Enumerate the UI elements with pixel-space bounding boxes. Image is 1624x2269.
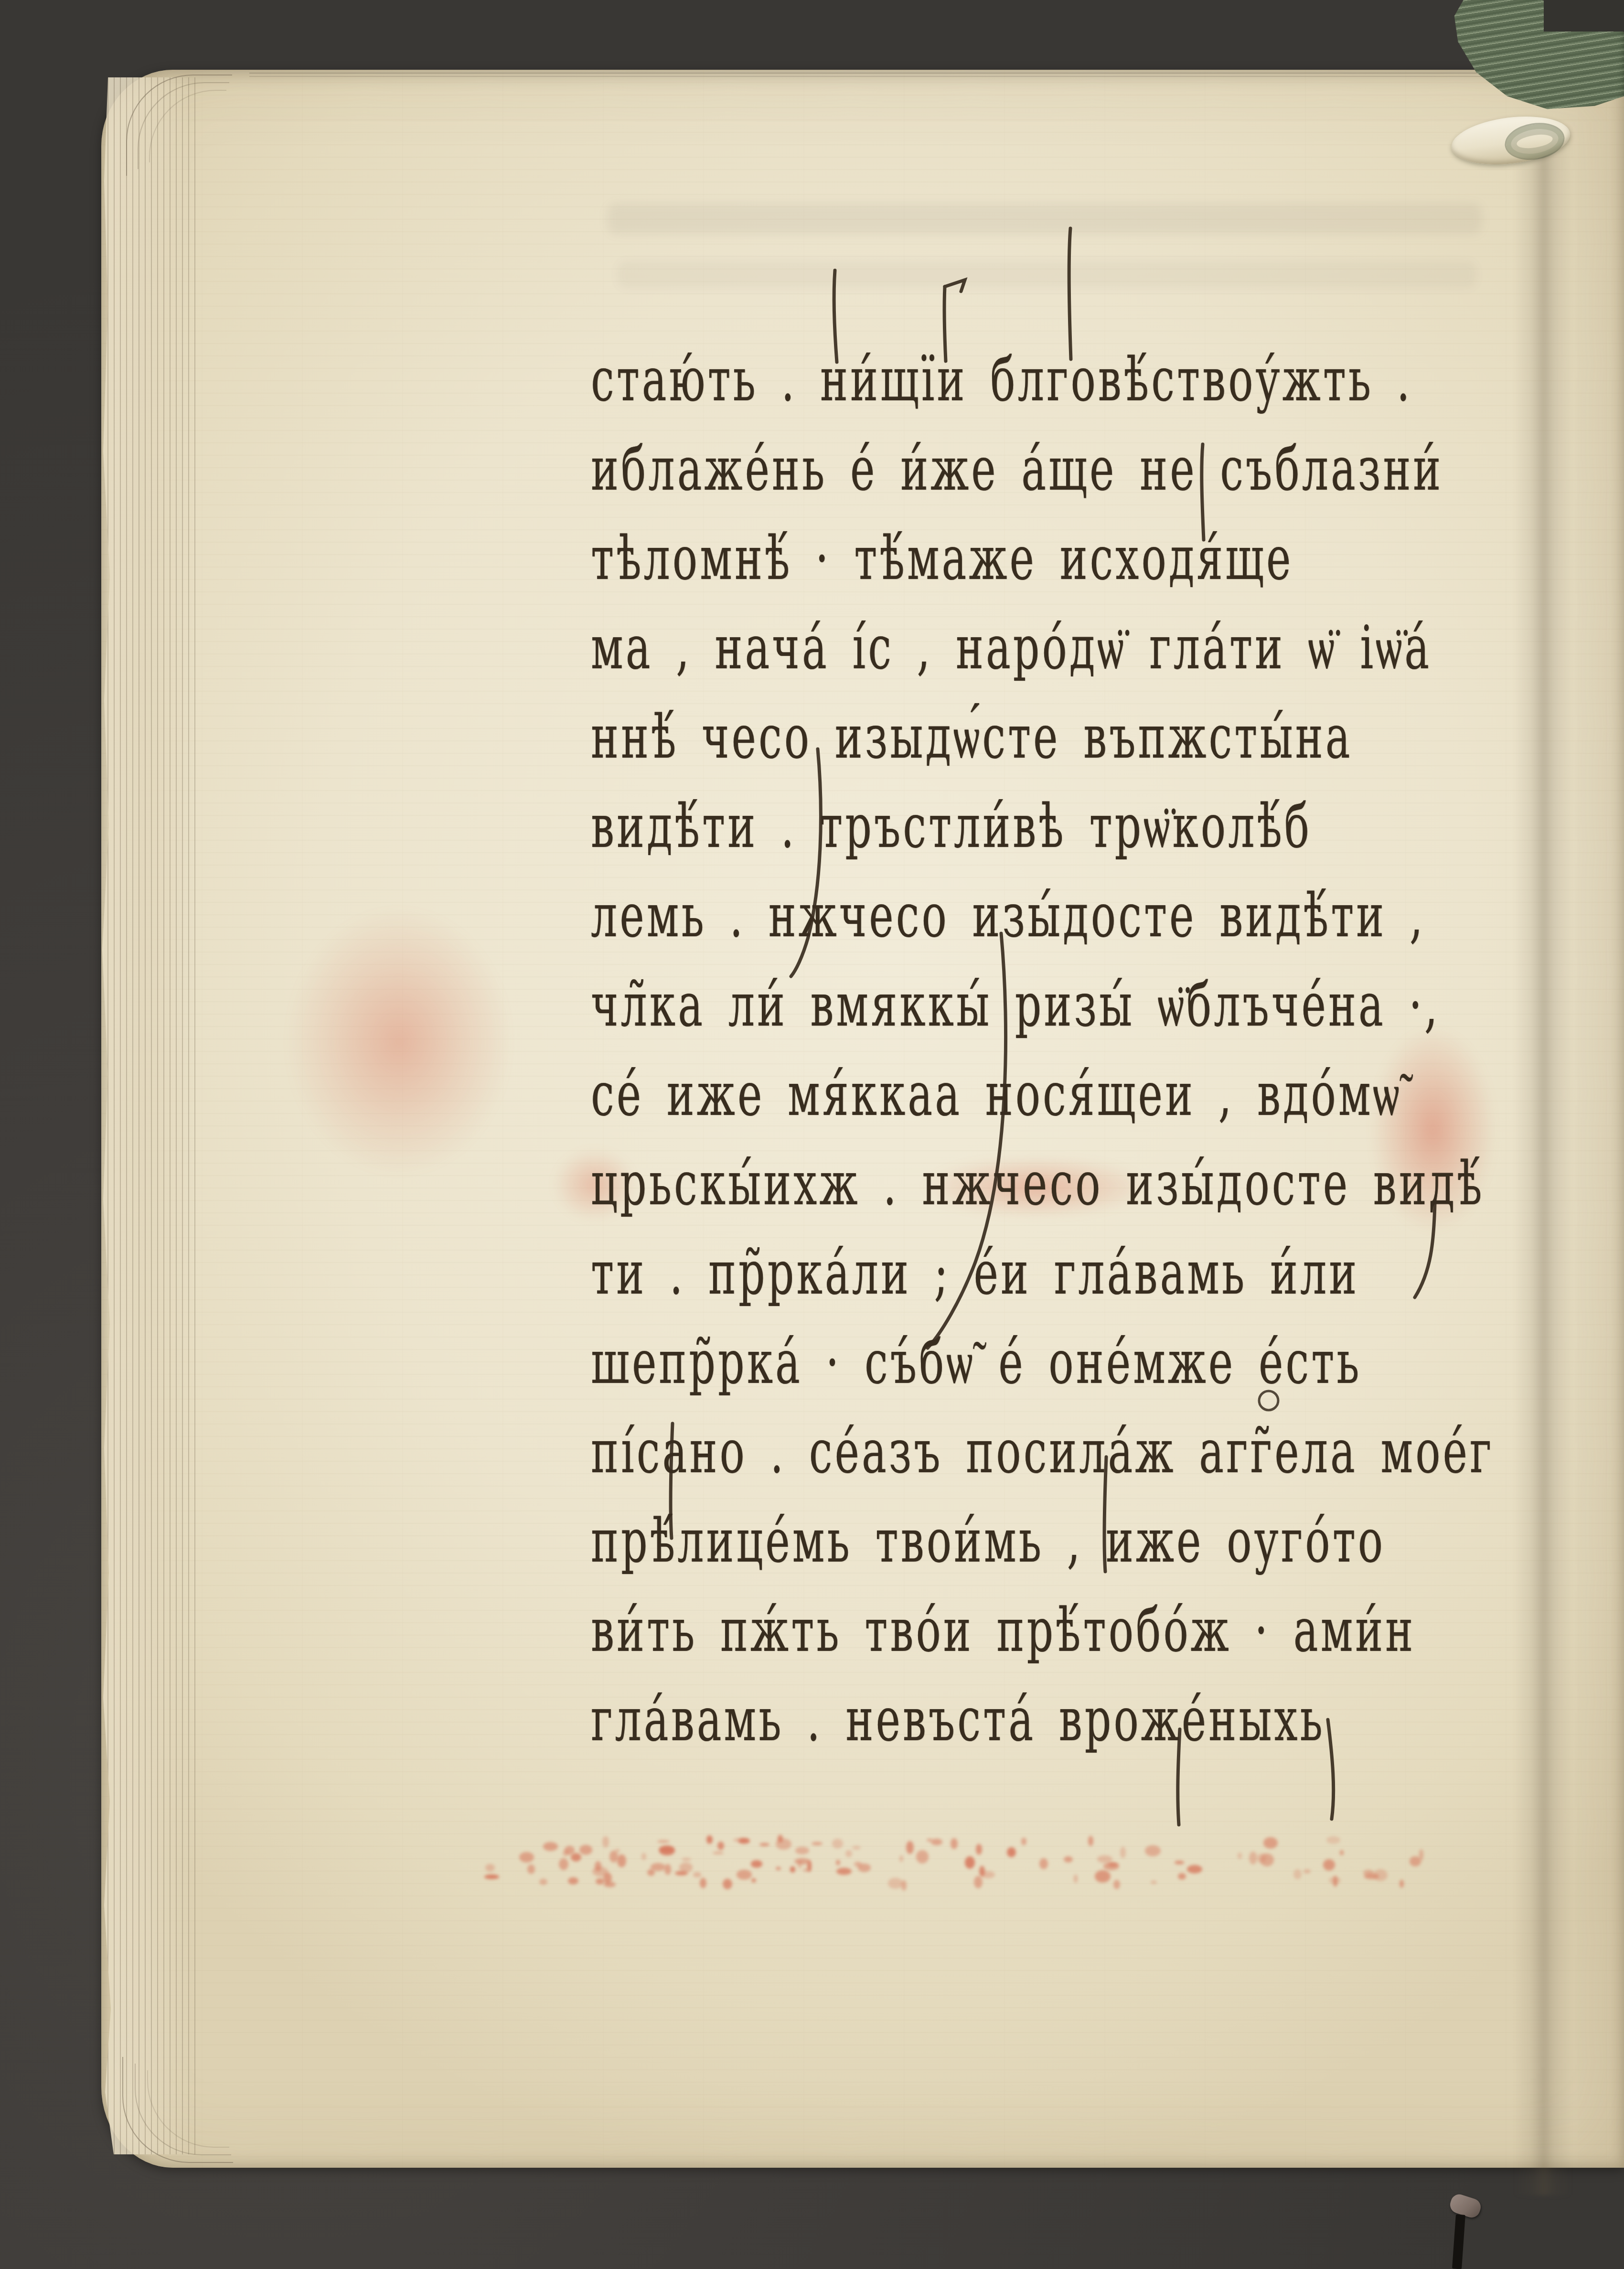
text-block: стаю́ть . ни́щїи блговѣ́ствоу́жть .иблаж… (0, 0, 1624, 2269)
manuscript-line-16: гла́вамь . невъста́ вроже́ныхь (591, 1654, 1498, 1784)
digitized-manuscript-photo: стаю́ть . ни́щїи блговѣ́ствоу́жть .иблаж… (0, 0, 1624, 2269)
